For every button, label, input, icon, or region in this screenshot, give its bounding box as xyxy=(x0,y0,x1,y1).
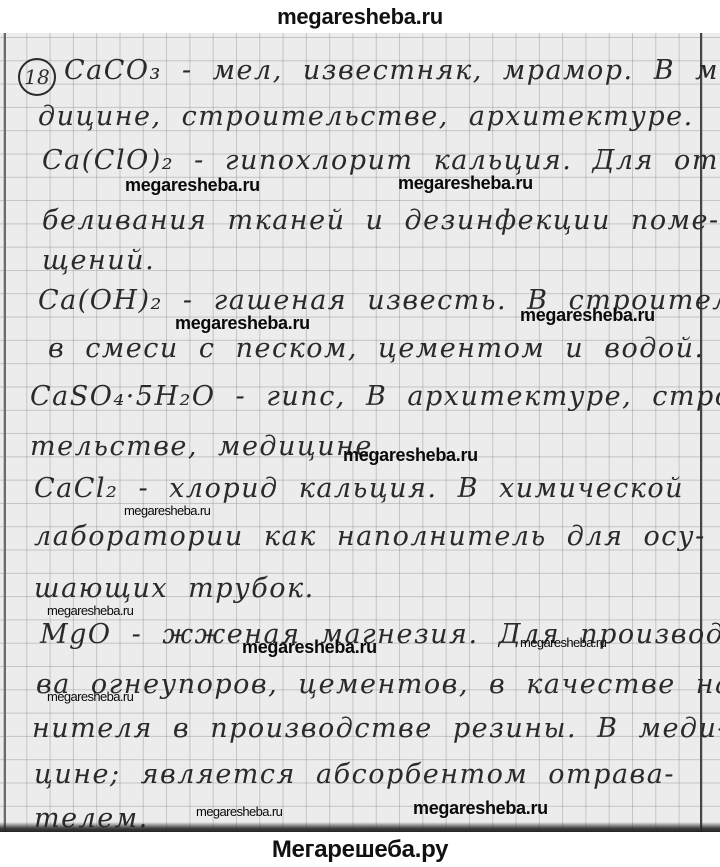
problem-number-badge: 18 xyxy=(18,58,56,96)
answer-line: ва огнеупоров, цементов, в качестве напо… xyxy=(36,669,720,700)
answer-line: в смеси с песком, цементом и водой. xyxy=(48,333,705,364)
answer-line: MgO - жженая магнезия. Для производст- xyxy=(40,619,720,650)
watermark: megaresheba.ru xyxy=(47,603,133,618)
problem-number: 18 xyxy=(24,65,49,89)
watermark: megaresheba.ru xyxy=(125,175,260,196)
page-left-edge xyxy=(4,33,6,832)
watermark: megaresheba.ru xyxy=(398,173,533,194)
answer-line: CaCl₂ - хлорид кальция. В химической xyxy=(34,473,684,504)
footer-site-name: Мегарешеба.ру xyxy=(272,836,448,864)
answer-line: Ca(ClO)₂ - гипохлорит кальция. Для от- xyxy=(42,145,720,176)
answer-line: дицине, строительстве, архитектуре. xyxy=(38,101,694,132)
answer-line: тельстве, медицине. xyxy=(30,431,383,462)
answer-line: CaSO₄·5H₂O - гипс, В архитектуре, строи- xyxy=(30,381,720,412)
header-site-name: megaresheba.ru xyxy=(277,4,443,30)
watermark: megaresheba.ru xyxy=(124,503,210,518)
answer-line: нителя в производстве резины. В меди- xyxy=(32,713,720,744)
watermark: megaresheba.ru xyxy=(242,637,377,658)
watermark: megaresheba.ru xyxy=(175,313,310,334)
answer-line: лаборатории как наполнитель для осу- xyxy=(34,521,706,552)
watermark: megaresheba.ru xyxy=(413,798,548,819)
watermark: megaresheba.ru xyxy=(520,635,606,650)
answer-line: щений. xyxy=(42,245,155,276)
watermark: megaresheba.ru xyxy=(47,689,133,704)
answer-line: беливания тканей и дезинфекции поме- xyxy=(42,205,720,236)
site-header: megaresheba.ru xyxy=(0,0,720,33)
watermark: megaresheba.ru xyxy=(520,305,655,326)
notebook-page: 18 CaCO₃ - мел, известняк, мрамор. В ме-… xyxy=(0,33,720,832)
watermark: megaresheba.ru xyxy=(196,804,282,819)
answer-line: цине; является абсорбентом отрава- xyxy=(34,759,675,790)
answer-line: телем. xyxy=(34,803,149,832)
answer-line: шающих трубок. xyxy=(34,573,315,604)
answer-line: CaCO₃ - мел, известняк, мрамор. В ме- xyxy=(64,55,720,86)
watermark: megaresheba.ru xyxy=(343,445,478,466)
site-footer: Мегарешеба.ру xyxy=(0,832,720,867)
